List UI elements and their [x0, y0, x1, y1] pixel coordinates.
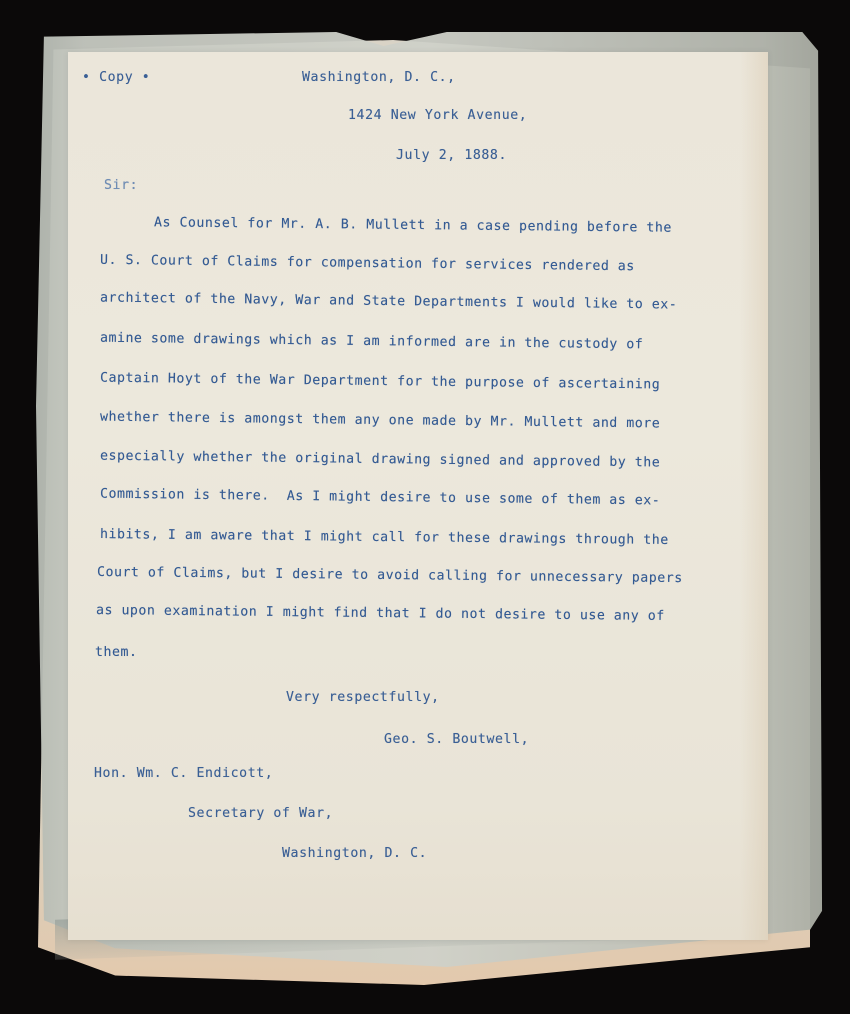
body-line: them. [95, 645, 137, 660]
recipient-name: Hon. Wm. C. Endicott, [94, 766, 273, 781]
recipient-location: Washington, D. C. [282, 846, 427, 861]
sheet-edge-stain [740, 52, 768, 940]
scan-stage: • Copy • Washington, D. C., 1424 New Yor… [0, 0, 850, 1014]
signature: Geo. S. Boutwell, [384, 732, 529, 747]
recipient-title: Secretary of War, [188, 806, 333, 821]
complimentary-close: Very respectfully, [286, 690, 440, 705]
header-date: July 2, 1888. [396, 148, 507, 163]
copy-mark: • Copy • [82, 70, 150, 85]
header-city: Washington, D. C., [302, 70, 456, 85]
header-address: 1424 New York Avenue, [348, 108, 527, 123]
salutation: Sir: [104, 178, 138, 193]
